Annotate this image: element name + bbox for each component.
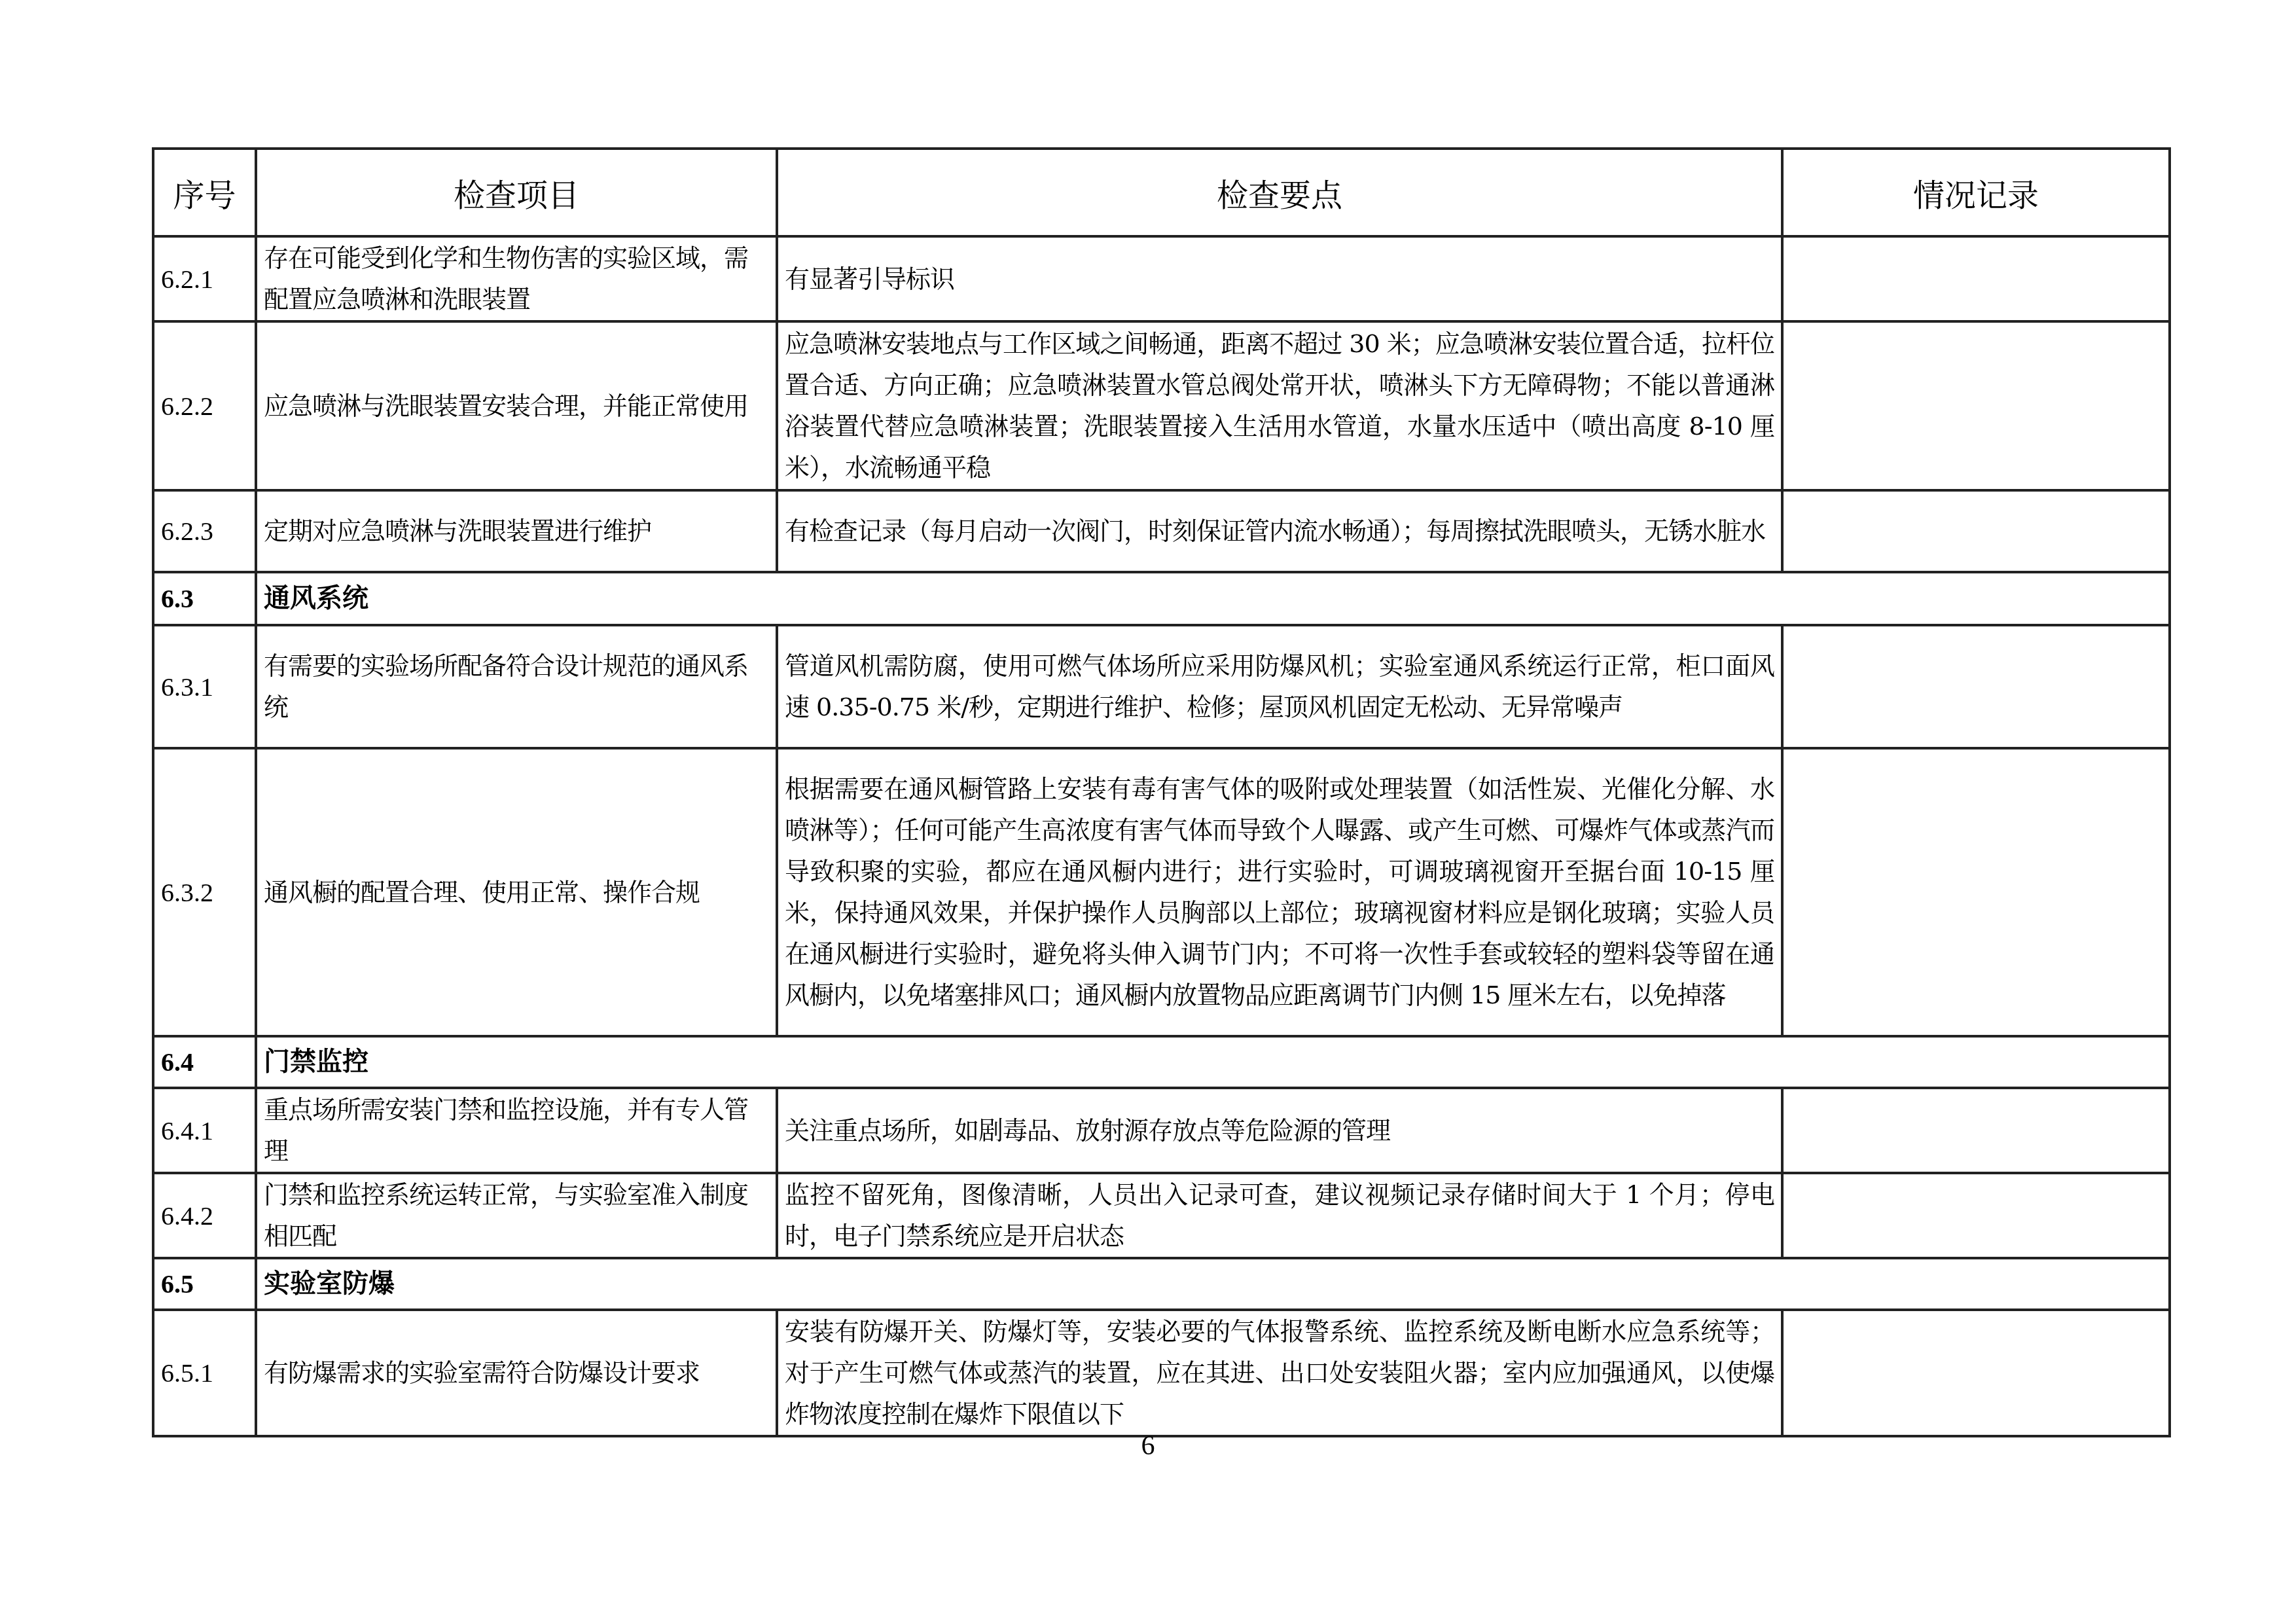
check-point: 关注重点场所，如剧毒品、放射源存放点等危险源的管理 [777, 1088, 1782, 1173]
table-body: 6.2.1存在可能受到化学和生物伤害的实验区域，需配置应急喷淋和洗眼装置有显著引… [153, 236, 2170, 1436]
inspection-table: 序号 检查项目 检查要点 情况记录 6.2.1存在可能受到化学和生物伤害的实验区… [152, 147, 2171, 1437]
check-point: 根据需要在通风橱管路上安装有毒有害气体的吸附或处理装置（如活性炭、光催化分解、水… [777, 748, 1782, 1036]
page-number: 6 [0, 1430, 2296, 1462]
check-item: 通风橱的配置合理、使用正常、操作合规 [256, 748, 777, 1036]
section-title: 通风系统 [256, 572, 2170, 625]
check-item: 有需要的实验场所配备符合设计规范的通风系统 [256, 625, 777, 748]
record-cell[interactable] [1782, 625, 2170, 748]
item-number: 6.3.1 [153, 625, 256, 748]
table-header-row: 序号 检查项目 检查要点 情况记录 [153, 149, 2170, 236]
section-row: 6.3通风系统 [153, 572, 2170, 625]
check-point: 有显著引导标识 [777, 236, 1782, 321]
table-row: 6.2.1存在可能受到化学和生物伤害的实验区域，需配置应急喷淋和洗眼装置有显著引… [153, 236, 2170, 321]
document-page: 序号 检查项目 检查要点 情况记录 6.2.1存在可能受到化学和生物伤害的实验区… [0, 0, 2296, 1624]
table-row: 6.3.2通风橱的配置合理、使用正常、操作合规根据需要在通风橱管路上安装有毒有害… [153, 748, 2170, 1036]
check-point: 安装有防爆开关、防爆灯等，安装必要的气体报警系统、监控系统及断电断水应急系统等；… [777, 1310, 1782, 1436]
check-item: 定期对应急喷淋与洗眼装置进行维护 [256, 490, 777, 572]
table-row: 6.2.2应急喷淋与洗眼装置安装合理，并能正常使用应急喷淋安装地点与工作区域之间… [153, 321, 2170, 490]
check-point: 管道风机需防腐，使用可燃气体场所应采用防爆风机；实验室通风系统运行正常，柜口面风… [777, 625, 1782, 748]
table-row: 6.4.1重点场所需安装门禁和监控设施，并有专人管理关注重点场所，如剧毒品、放射… [153, 1088, 2170, 1173]
section-row: 6.5实验室防爆 [153, 1258, 2170, 1310]
section-title: 门禁监控 [256, 1036, 2170, 1088]
section-number: 6.4 [153, 1036, 256, 1088]
item-number: 6.4.1 [153, 1088, 256, 1173]
record-cell[interactable] [1782, 236, 2170, 321]
check-item: 门禁和监控系统运转正常，与实验室准入制度相匹配 [256, 1173, 777, 1258]
section-number: 6.5 [153, 1258, 256, 1310]
table-row: 6.3.1有需要的实验场所配备符合设计规范的通风系统管道风机需防腐，使用可燃气体… [153, 625, 2170, 748]
header-point: 检查要点 [777, 149, 1782, 236]
table-row: 6.2.3定期对应急喷淋与洗眼装置进行维护有检查记录（每月启动一次阀门，时刻保证… [153, 490, 2170, 572]
item-number: 6.2.1 [153, 236, 256, 321]
check-point: 监控不留死角，图像清晰，人员出入记录可查，建议视频记录存储时间大于 1 个月；停… [777, 1173, 1782, 1258]
check-item: 存在可能受到化学和生物伤害的实验区域，需配置应急喷淋和洗眼装置 [256, 236, 777, 321]
section-title: 实验室防爆 [256, 1258, 2170, 1310]
record-cell[interactable] [1782, 1310, 2170, 1436]
header-record: 情况记录 [1782, 149, 2170, 236]
header-item: 检查项目 [256, 149, 777, 236]
table-row: 6.4.2门禁和监控系统运转正常，与实验室准入制度相匹配监控不留死角，图像清晰，… [153, 1173, 2170, 1258]
check-item: 重点场所需安装门禁和监控设施，并有专人管理 [256, 1088, 777, 1173]
section-number: 6.3 [153, 572, 256, 625]
record-cell[interactable] [1782, 1088, 2170, 1173]
record-cell[interactable] [1782, 321, 2170, 490]
check-point: 应急喷淋安装地点与工作区域之间畅通，距离不超过 30 米；应急喷淋安装位置合适，… [777, 321, 1782, 490]
table-row: 6.5.1有防爆需求的实验室需符合防爆设计要求安装有防爆开关、防爆灯等，安装必要… [153, 1310, 2170, 1436]
check-point: 有检查记录（每月启动一次阀门，时刻保证管内流水畅通）；每周擦拭洗眼喷头，无锈水脏… [777, 490, 1782, 572]
record-cell[interactable] [1782, 490, 2170, 572]
item-number: 6.4.2 [153, 1173, 256, 1258]
header-no: 序号 [153, 149, 256, 236]
item-number: 6.3.2 [153, 748, 256, 1036]
check-item: 有防爆需求的实验室需符合防爆设计要求 [256, 1310, 777, 1436]
item-number: 6.2.2 [153, 321, 256, 490]
item-number: 6.5.1 [153, 1310, 256, 1436]
item-number: 6.2.3 [153, 490, 256, 572]
record-cell[interactable] [1782, 1173, 2170, 1258]
record-cell[interactable] [1782, 748, 2170, 1036]
section-row: 6.4门禁监控 [153, 1036, 2170, 1088]
check-item: 应急喷淋与洗眼装置安装合理，并能正常使用 [256, 321, 777, 490]
